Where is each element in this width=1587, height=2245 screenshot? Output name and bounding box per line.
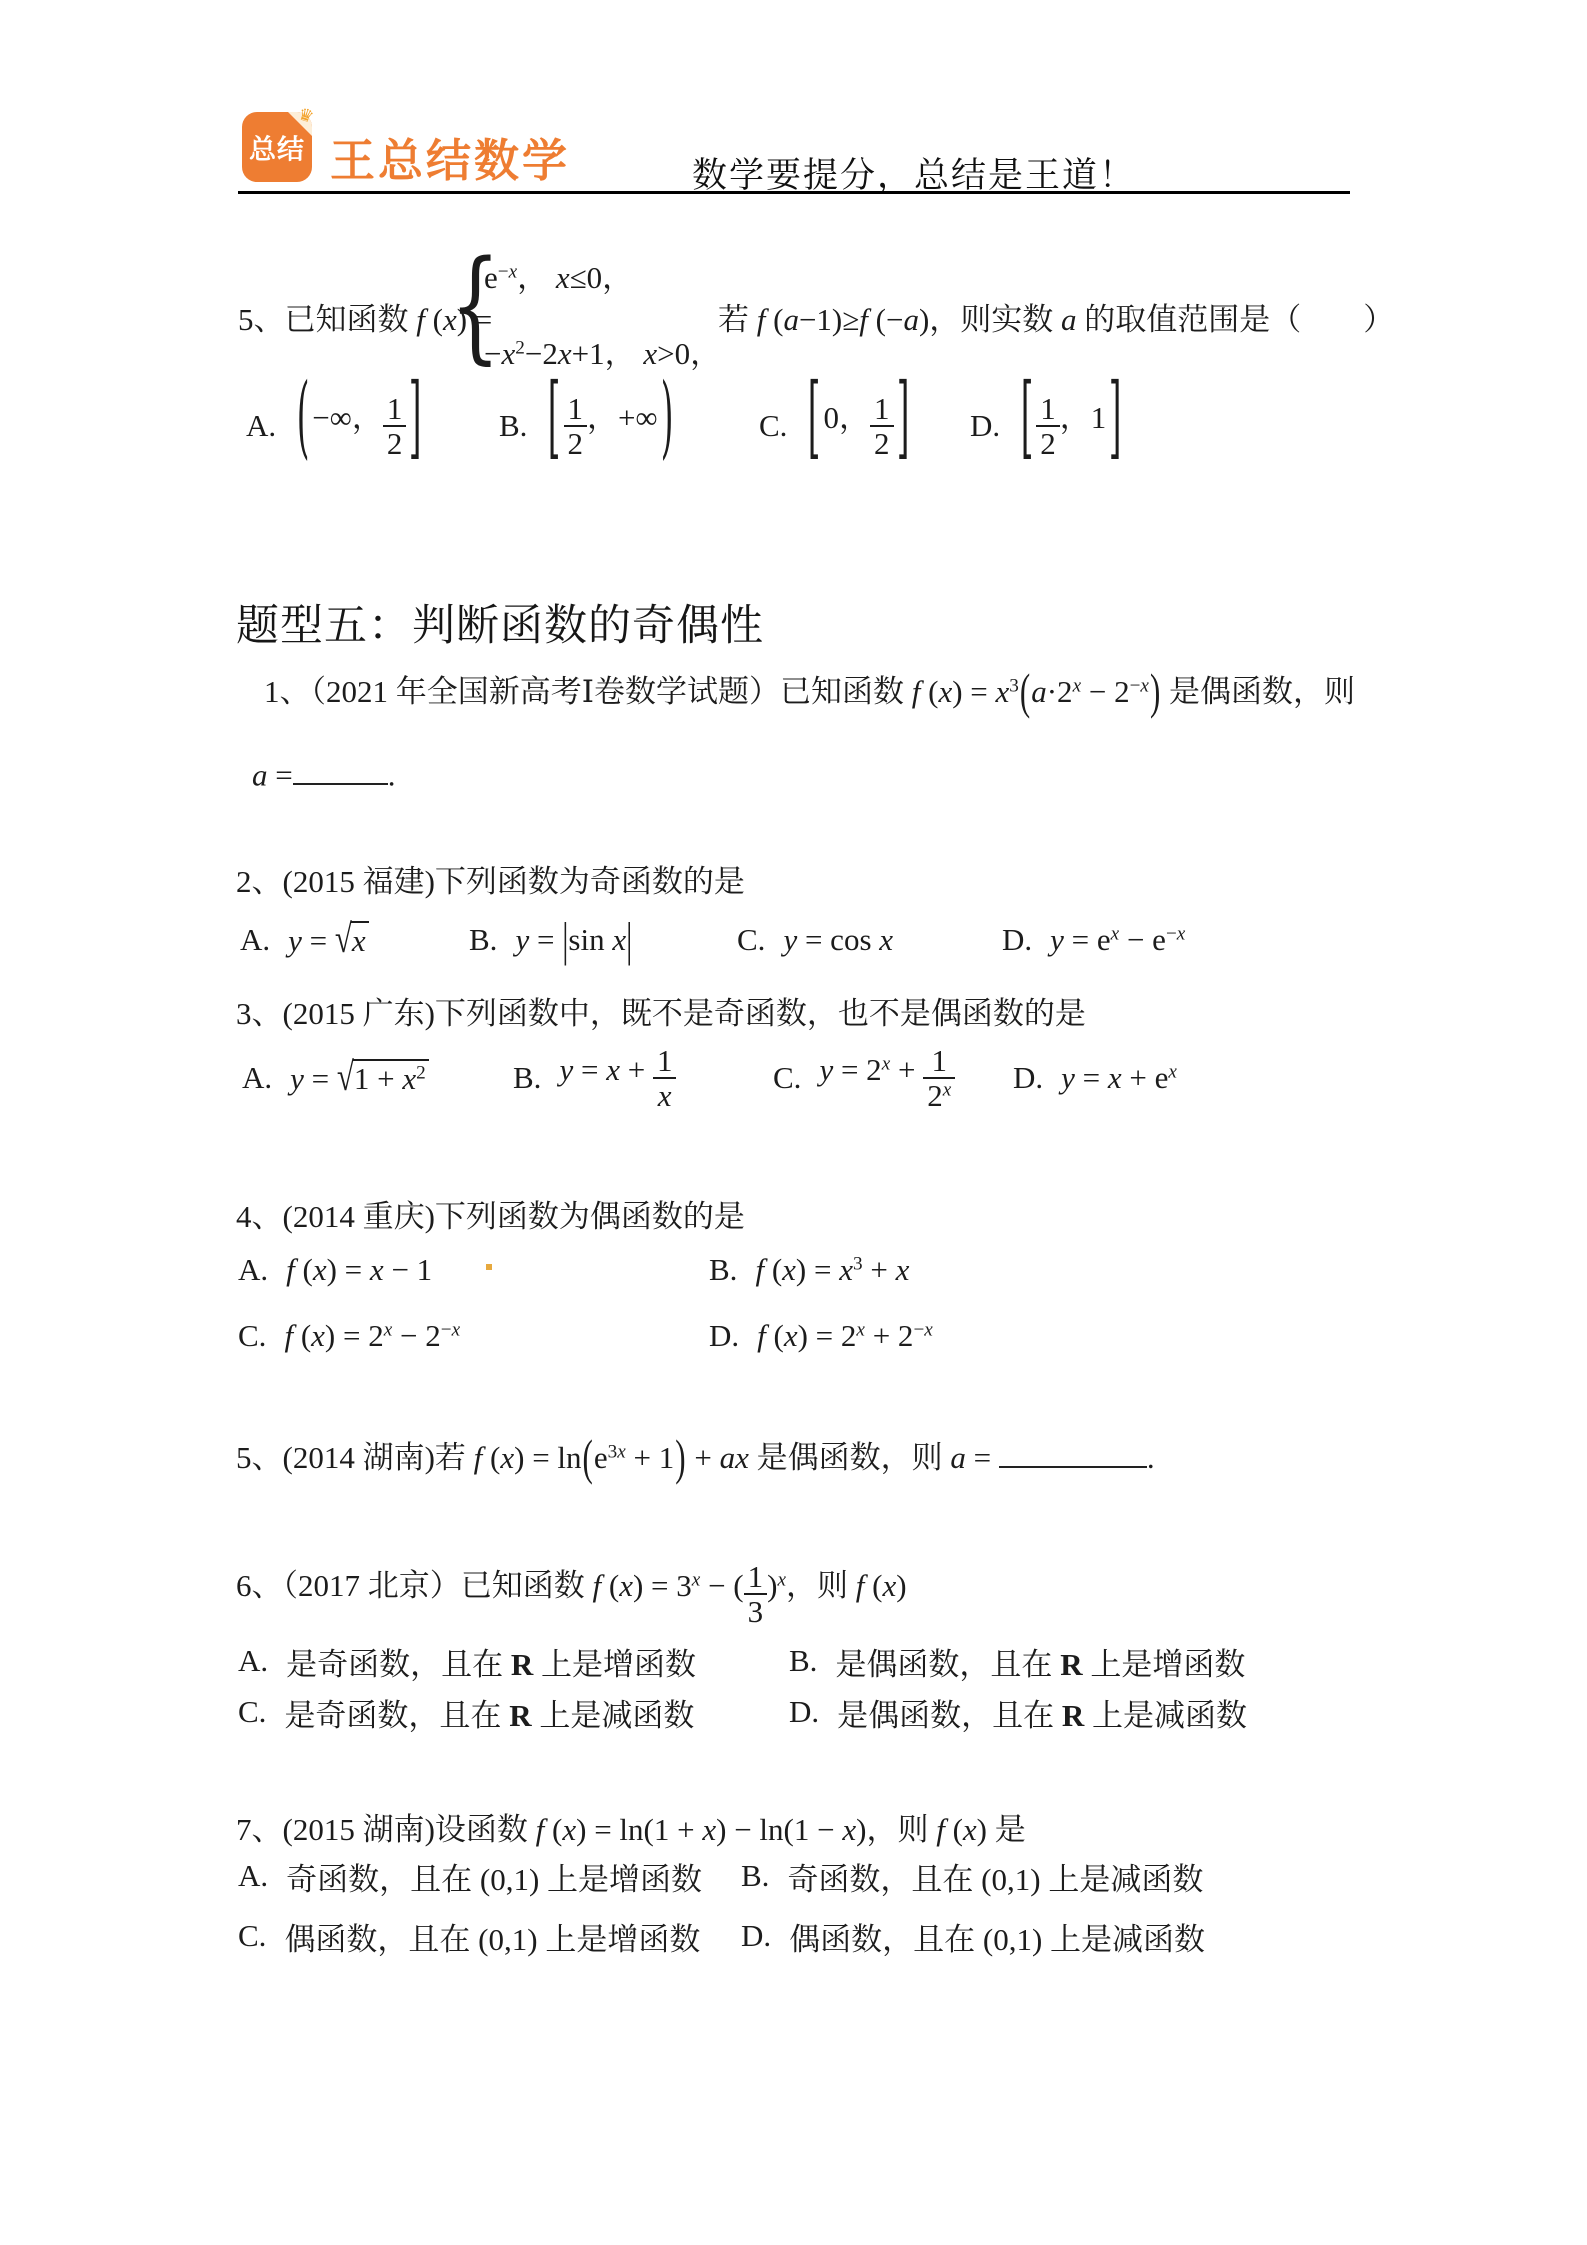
option-b-formula: y = x + 1x: [559, 1044, 676, 1113]
option-d-text: 是偶函数，且在 R 上是减函数: [837, 1690, 1247, 1735]
option-a-label: A.: [238, 1252, 268, 1288]
option-a: A. y = √x: [240, 903, 369, 977]
option-b-label: B.: [709, 1252, 737, 1288]
option-c-label: C.: [238, 1318, 266, 1354]
option-a-formula: (−∞，12]: [294, 392, 424, 461]
worksheet-page: ♛ 总结 王总结数学 数学要提分，总结是王道！ 5、已知函数 f (x) = {…: [0, 0, 1587, 2245]
option-c: C. f (x) = 2x − 2−x: [238, 1306, 460, 1366]
option-a-text: 是奇函数，且在 R 上是增函数: [286, 1639, 696, 1684]
option-c-label: C.: [238, 1694, 266, 1730]
crown-icon: ♛: [295, 106, 315, 127]
question-4-stem: 4、(2014 重庆)下列函数为偶函数的是: [236, 1191, 745, 1236]
question-3-options: A. y = √1 + x2 B. y = x + 1x C. y = 2x +…: [0, 1036, 1587, 1120]
stray-orange-dot: [486, 1264, 492, 1270]
option-a-label: A.: [246, 408, 276, 444]
option-b: B. y = |sin x|: [469, 903, 632, 977]
option-d-formula: y = x + ex: [1061, 1060, 1177, 1096]
question-2-stem: 2、(2015 福建)下列函数为奇函数的是: [236, 856, 745, 901]
option-a-formula: f (x) = x − 1: [286, 1252, 432, 1288]
option-c: C. 是奇函数，且在 R 上是减函数: [238, 1692, 694, 1732]
section-heading: 题型五：判断函数的奇偶性: [236, 592, 764, 653]
header-rule: [238, 191, 1350, 194]
option-c-formula: y = 2x + 12x: [819, 1044, 955, 1113]
question-4-options-row-2: C. f (x) = 2x − 2−x D. f (x) = 2x + 2−x: [0, 1306, 1587, 1366]
question-7-options-row-1: A. 奇函数，且在 (0,1) 上是增函数 B. 奇函数，且在 (0,1) 上是…: [0, 1856, 1587, 1896]
option-d-label: D.: [1013, 1060, 1043, 1096]
question-1-answer-line: a =.: [252, 754, 395, 793]
option-d-label: D.: [970, 408, 1000, 444]
option-a: A. 是奇函数，且在 R 上是增函数: [238, 1641, 696, 1681]
logo-badge-text: 总结: [242, 128, 312, 167]
option-b: B. y = x + 1x: [513, 1036, 676, 1120]
option-c: C. y = 2x + 12x: [773, 1036, 955, 1120]
option-c-label: C.: [759, 408, 787, 444]
option-d-label: D.: [741, 1918, 771, 1954]
option-d-label: D.: [1002, 922, 1032, 958]
question-3-stem: 3、(2015 广东)下列函数中，既不是奇函数，也不是偶函数的是: [236, 988, 1086, 1033]
option-d: D. y = x + ex: [1013, 1036, 1177, 1120]
question-1-stem: 1、（2021 年全国新高考Ⅰ卷数学试题）已知函数 f (x) = x3(a·2…: [264, 666, 1355, 711]
option-b-text: 是偶函数，且在 R 上是增函数: [835, 1639, 1245, 1684]
question-5-suffix: 若 f (a−1)≥f (−a)，则实数 a 的取值范围是（ ）: [718, 294, 1394, 339]
option-d-formula: y = ex − e−x: [1050, 922, 1185, 958]
option-a-label: A.: [238, 1858, 268, 1894]
option-b-formula: [12，+∞): [545, 392, 675, 461]
option-a-label: A.: [238, 1643, 268, 1679]
option-b-label: B.: [513, 1060, 541, 1096]
option-d-formula: f (x) = 2x + 2−x: [757, 1318, 933, 1354]
option-d: D. f (x) = 2x + 2−x: [709, 1306, 933, 1366]
option-d-label: D.: [709, 1318, 739, 1354]
piecewise-row-2: −x2−2x+1， x>0，: [484, 328, 721, 373]
option-a-formula: y = √1 + x2: [290, 1059, 429, 1097]
option-c-formula: y = cos x: [783, 922, 893, 958]
question-4-options-row-1: A. f (x) = x − 1 B. f (x) = x3 + x: [0, 1240, 1587, 1300]
option-b-label: B.: [499, 408, 527, 444]
logo-badge-icon: ♛ 总结: [242, 112, 312, 182]
brand-name: 王总结数学: [330, 124, 570, 189]
option-a-label: A.: [240, 922, 270, 958]
question-6-stem: 6、（2017 北京）已知函数 f (x) = 3x − (13)x，则 f (…: [236, 1560, 907, 1629]
question-6-options-row-2: C. 是奇函数，且在 R 上是减函数 D. 是偶函数，且在 R 上是减函数: [0, 1692, 1587, 1732]
option-c: C. y = cos x: [737, 903, 893, 977]
question-5b-stem: 5、(2014 湖南)若 f (x) = ln(e3x + 1) + ax 是偶…: [236, 1432, 1155, 1477]
option-a-formula: y = √x: [288, 921, 369, 959]
option-c: C. 偶函数，且在 (0,1) 上是增函数: [238, 1916, 700, 1956]
option-d-label: D.: [789, 1694, 819, 1730]
question-6-options-row-1: A. 是奇函数，且在 R 上是增函数 B. 是偶函数，且在 R 上是增函数: [0, 1641, 1587, 1681]
option-b-text: 奇函数，且在 (0,1) 上是减函数: [787, 1854, 1203, 1899]
option-c-formula: [0，12]: [805, 392, 911, 461]
option-b-label: B.: [469, 922, 497, 958]
option-c-label: C.: [238, 1918, 266, 1954]
option-c: C. [0，12]: [759, 378, 912, 474]
question-2-options: A. y = √x B. y = |sin x| C. y = cos x D.…: [0, 903, 1587, 977]
option-b-label: B.: [789, 1643, 817, 1679]
question-7-options-row-2: C. 偶函数，且在 (0,1) 上是增函数 D. 偶函数，且在 (0,1) 上是…: [0, 1916, 1587, 1956]
option-b: B. [12，+∞): [499, 378, 676, 474]
option-c-text: 偶函数，且在 (0,1) 上是增函数: [284, 1914, 700, 1959]
option-d-formula: [12，1]: [1018, 392, 1124, 461]
option-b: B. f (x) = x3 + x: [709, 1240, 909, 1300]
option-c-label: C.: [773, 1060, 801, 1096]
option-b-formula: y = |sin x|: [515, 922, 632, 958]
option-a-text: 奇函数，且在 (0,1) 上是增函数: [286, 1854, 702, 1899]
piecewise-row-1: e−x， x≤0，: [484, 252, 633, 297]
option-a: A. y = √1 + x2: [242, 1036, 429, 1120]
option-d: D. 偶函数，且在 (0,1) 上是减函数: [741, 1916, 1205, 1956]
option-b: B. 奇函数，且在 (0,1) 上是减函数: [741, 1856, 1203, 1896]
question-5-options: A. (−∞，12] B. [12，+∞) C. [0，12] D. [12，1…: [0, 378, 1587, 474]
option-c-formula: f (x) = 2x − 2−x: [284, 1318, 460, 1354]
option-d: D. 是偶函数，且在 R 上是减函数: [789, 1692, 1247, 1732]
option-a: A. (−∞，12]: [246, 378, 424, 474]
question-7-stem: 7、(2015 湖南)设函数 f (x) = ln(1 + x) − ln(1 …: [236, 1804, 1026, 1849]
option-b-label: B.: [741, 1858, 769, 1894]
option-d: D. [12，1]: [970, 378, 1124, 474]
option-d-text: 偶函数，且在 (0,1) 上是减函数: [789, 1914, 1205, 1959]
option-c-label: C.: [737, 922, 765, 958]
option-d: D. y = ex − e−x: [1002, 903, 1185, 977]
option-a-label: A.: [242, 1060, 272, 1096]
option-a: A. 奇函数，且在 (0,1) 上是增函数: [238, 1856, 702, 1896]
option-a: A. f (x) = x − 1: [238, 1240, 432, 1300]
option-b: B. 是偶函数，且在 R 上是增函数: [789, 1641, 1245, 1681]
option-b-formula: f (x) = x3 + x: [755, 1252, 909, 1288]
option-c-text: 是奇函数，且在 R 上是减函数: [284, 1690, 694, 1735]
